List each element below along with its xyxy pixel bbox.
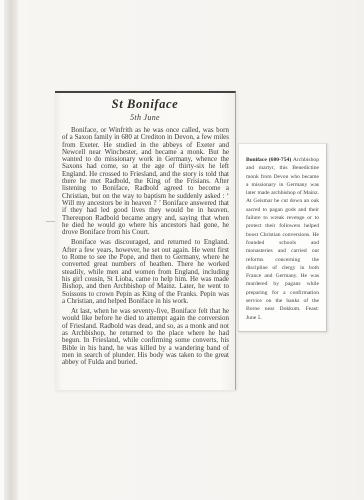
article-title: St Boniface xyxy=(55,97,235,111)
article-date: 5th June xyxy=(55,113,235,122)
article-paragraph-3: At last, when he was seventy-five, Bonif… xyxy=(62,308,229,366)
note-body: Archbishop and martyr, this Benedictine … xyxy=(246,157,319,321)
note-lead: Boniface (680-754) xyxy=(246,157,291,163)
scanned-page: St Boniface 5th June Boniface, or Winfri… xyxy=(0,0,364,500)
article-body: Boniface, or Winfrith as he was once cal… xyxy=(55,127,235,380)
article-clipping: St Boniface 5th June Boniface, or Winfri… xyxy=(55,91,236,390)
scan-edge-band xyxy=(4,0,19,500)
article-paragraph-2: Boniface was discouraged, and returned t… xyxy=(62,239,229,305)
biography-note-card: Boniface (680-754) Archbishop and martyr… xyxy=(238,143,327,332)
note-text: Boniface (680-754) Archbishop and martyr… xyxy=(246,156,319,322)
article-paragraph-1: Boniface, or Winfrith as he was once cal… xyxy=(62,127,229,236)
